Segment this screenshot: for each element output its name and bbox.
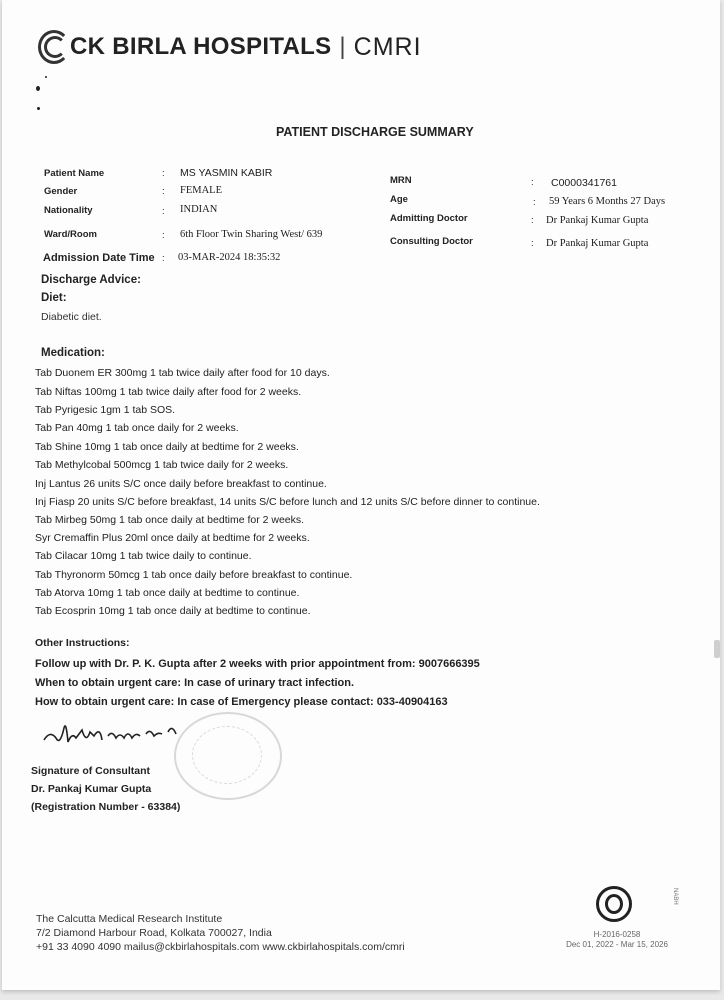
medication-item: Tab Atorva 10mg 1 tab once daily at bedt…	[35, 587, 299, 599]
logo-name: CK BIRLA HOSPITALS	[70, 33, 331, 61]
accreditation-validity: Dec 01, 2022 - Mar 15, 2026	[562, 940, 672, 950]
nationality-label: Nationality	[44, 205, 93, 216]
medication-item: Inj Lantus 26 units S/C once daily befor…	[35, 478, 327, 490]
follow-up-instruction: Follow up with Dr. P. K. Gupta after 2 w…	[35, 658, 480, 670]
signature-label: Signature of Consultant	[31, 765, 150, 777]
registration-number: (Registration Number - 63384)	[31, 801, 180, 813]
ward-room-label: Ward/Room	[44, 229, 97, 240]
hospital-logo: CK BIRLA HOSPITALS | CMRI	[38, 30, 422, 64]
ward-room-value: 6th Floor Twin Sharing West/ 639	[180, 229, 322, 240]
patient-name-value: MS YASMIN KABIR	[180, 167, 272, 179]
medication-item: Tab Methylcobal 500mcg 1 tab twice daily…	[35, 459, 288, 471]
mrn-value: C0000341761	[551, 177, 617, 189]
logo-waves-icon	[38, 30, 66, 64]
document-title: PATIENT DISCHARGE SUMMARY	[276, 125, 474, 139]
gender-label: Gender	[44, 186, 77, 197]
urgent-care-when: When to obtain urgent care: In case of u…	[35, 677, 354, 689]
discharge-advice-heading: Discharge Advice:	[41, 274, 141, 286]
urgent-care-how: How to obtain urgent care: In case of Em…	[35, 696, 448, 708]
accreditation-info: H-2016-0258 Dec 01, 2022 - Mar 15, 2026	[562, 930, 672, 950]
hospital-footer: The Calcutta Medical Research Institute …	[36, 912, 405, 954]
nabh-seal-icon	[596, 886, 632, 922]
institute-contact: +91 33 4090 4090 mailus@ckbirlahospitals…	[36, 940, 405, 954]
admitting-doctor-label: Admitting Doctor	[390, 213, 468, 224]
scan-speck	[45, 76, 47, 78]
age-value: 59 Years 6 Months 27 Days	[549, 196, 665, 207]
consultant-name: Dr. Pankaj Kumar Gupta	[31, 783, 151, 795]
side-code: NABH	[672, 888, 678, 905]
institute-name: The Calcutta Medical Research Institute	[36, 912, 405, 926]
admitting-doctor-value: Dr Pankaj Kumar Gupta	[546, 215, 648, 226]
mrn-label: MRN	[390, 175, 412, 186]
medication-item: Tab Cilacar 10mg 1 tab twice daily to co…	[35, 550, 252, 562]
gender-value: FEMALE	[180, 185, 222, 196]
institute-address: 7/2 Diamond Harbour Road, Kolkata 700027…	[36, 926, 405, 940]
scrollbar-thumb[interactable]	[714, 640, 720, 658]
patient-name-label: Patient Name	[44, 168, 104, 179]
admission-date-value: 03-MAR-2024 18:35:32	[178, 252, 280, 263]
medication-item: Tab Mirbeg 50mg 1 tab once daily at bedt…	[35, 514, 304, 526]
medication-item: Tab Ecosprin 10mg 1 tab once daily at be…	[35, 605, 311, 617]
logo-sub: CMRI	[354, 33, 422, 62]
consulting-doctor-value: Dr Pankaj Kumar Gupta	[546, 238, 648, 249]
consulting-doctor-label: Consulting Doctor	[390, 236, 473, 247]
medication-item: Tab Pyrigesic 1gm 1 tab SOS.	[35, 404, 175, 416]
logo-separator: |	[339, 33, 345, 61]
medication-item: Inj Fiasp 20 units S/C before breakfast,…	[35, 496, 540, 508]
accreditation-code: H-2016-0258	[562, 930, 672, 940]
medication-item: Tab Niftas 100mg 1 tab twice daily after…	[35, 386, 301, 398]
medication-heading: Medication:	[41, 347, 105, 359]
scan-speck	[36, 86, 40, 91]
medication-item: Tab Pan 40mg 1 tab once daily for 2 week…	[35, 422, 239, 434]
other-instructions-heading: Other Instructions:	[35, 637, 130, 649]
medication-item: Tab Duonem ER 300mg 1 tab twice daily af…	[35, 367, 330, 379]
diet-text: Diabetic diet.	[41, 311, 102, 323]
scan-speck	[37, 107, 40, 110]
medication-item: Syr Cremaffin Plus 20ml once daily at be…	[35, 532, 310, 544]
nationality-value: INDIAN	[180, 204, 217, 215]
medication-item: Tab Shine 10mg 1 tab once daily at bedti…	[35, 441, 299, 453]
age-label: Age	[390, 194, 408, 205]
diet-heading: Diet:	[41, 292, 67, 304]
admission-date-label: Admission Date Time	[43, 252, 155, 264]
discharge-summary-page: CK BIRLA HOSPITALS | CMRI PATIENT DISCHA…	[2, 0, 720, 990]
hospital-stamp	[174, 712, 282, 800]
medication-item: Tab Thyronorm 50mcg 1 tab once daily bef…	[35, 569, 352, 581]
